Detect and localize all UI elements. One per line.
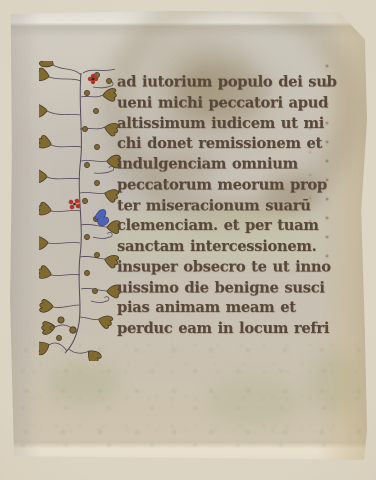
vine-branches — [47, 65, 115, 353]
text-line: ter miseracionum suarū — [117, 195, 329, 216]
text-line: perduc eam in locum refri — [117, 318, 329, 339]
showthrough-foliage — [49, 363, 119, 403]
text-line: chi donet remissionem et — [117, 134, 329, 155]
text-line: indulgenciam omnium — [117, 154, 329, 175]
text-line: ueni michi peccatori apud — [117, 93, 329, 114]
blue-flower — [95, 210, 109, 226]
parchment-leaf: ad iutorium populo dei sub ueni michi pe… — [9, 8, 367, 469]
text-line: sanctam intercessionem. — [117, 236, 329, 257]
text-block: ad iutorium populo dei sub ueni michi pe… — [117, 72, 329, 339]
showthrough-foliage — [209, 378, 299, 423]
text-line: uissimo die benigne susci — [117, 277, 329, 298]
manuscript-photo: { "photo": { "subject": "Illuminated man… — [0, 0, 376, 480]
text-line: altissimum iudicem ut mi — [117, 113, 329, 134]
text-line: peccatorum meorum prop — [117, 175, 329, 196]
text-line: ad iutorium populo dei sub — [117, 72, 329, 93]
showthrough-foliage — [309, 353, 359, 413]
text-line: pias animam meam et — [117, 298, 329, 319]
red-flower — [69, 199, 81, 210]
text-line: insuper obsecro te ut inno — [117, 257, 329, 278]
text-line: clemenciam. et per tuam — [117, 216, 329, 237]
